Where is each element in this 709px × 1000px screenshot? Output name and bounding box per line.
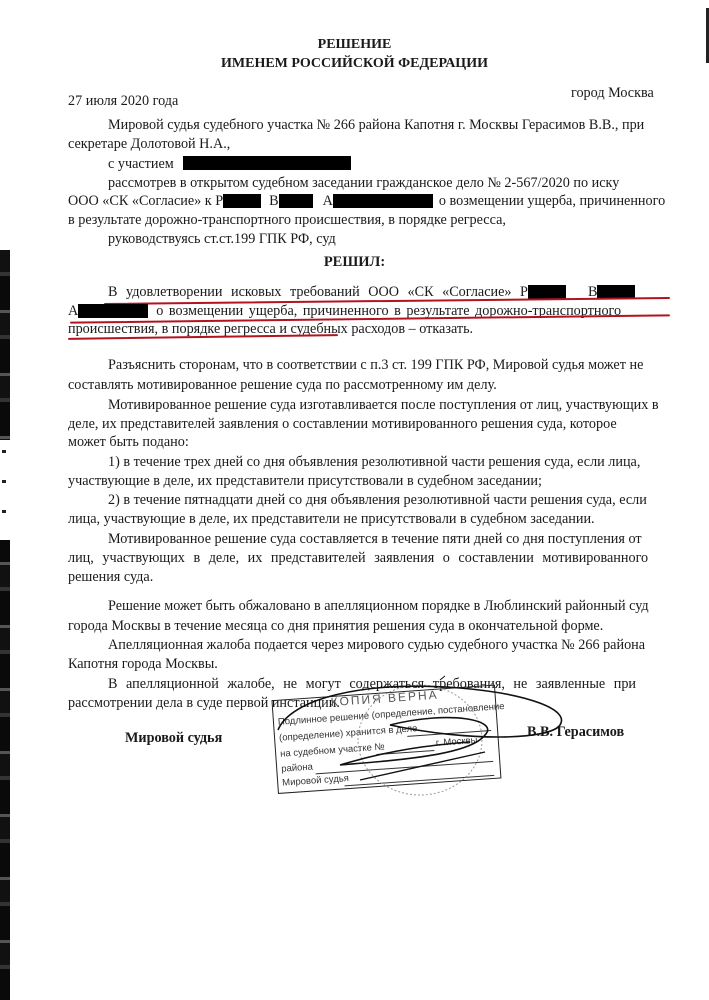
explanation-line-10: Мотивированное решение суда составляется…: [108, 530, 642, 548]
intro-line-7: руководствуясь ст.ст.199 ГПК РФ, суд: [108, 230, 336, 248]
intro-line-5: ООО «СК «Согласие» к Р В А о возмещении …: [68, 192, 698, 210]
appeal-line-2: города Москвы в течение месяца со дня пр…: [68, 617, 603, 635]
explanation-line-1: Разъяснить сторонам, что в соответствии …: [108, 356, 643, 374]
intro-line-2: секретаре Долотовой Н.А.,: [68, 135, 230, 153]
doc-city: город Москва: [571, 84, 654, 102]
plaintiff-text: ООО «СК «Согласие» к Р: [68, 192, 223, 210]
explanation-line-6: 1) в течение трех дней со дня объявления…: [108, 453, 640, 471]
appeal-line-4: Капотня города Москвы.: [68, 655, 218, 673]
explanation-line-9: лица, участвующие в деле, их представите…: [68, 510, 595, 528]
signature-name: В.В. Герасимов: [527, 723, 624, 741]
redacted-name: [183, 156, 351, 170]
participant-label: с участием: [108, 156, 174, 172]
doc-subtitle: ИМЕНЕМ РОССИЙСКОЙ ФЕДЕРАЦИИ: [0, 55, 709, 73]
initial-a-2: А: [68, 302, 78, 320]
explanation-line-11: лиц, участвующих в деле, их представител…: [68, 549, 648, 567]
stamp-line-5: Мировой судья: [282, 773, 349, 789]
intro-line-6: в результате дорожно-транспортного проис…: [68, 211, 506, 229]
explanation-line-4: деле, их представителей заявления о сост…: [68, 415, 617, 433]
explanation-line-8: 2) в течение пятнадцати дней со дня объя…: [108, 491, 647, 509]
stamp-line-3b: г. Москвы: [435, 735, 477, 749]
doc-date: 27 июля 2020 года: [68, 92, 178, 110]
explanation-line-7: участвующие в деле, их представители при…: [68, 472, 542, 490]
intro-line-4: рассмотрев в открытом судебном заседании…: [108, 174, 696, 192]
appeal-line-5: В апелляционной жалобе, не могут содержа…: [108, 675, 636, 693]
stamp-line-3: на судебном участке №: [280, 741, 385, 759]
document-page: РЕШЕНИЕ ИМЕНЕМ РОССИЙСКОЙ ФЕДЕРАЦИИ 27 и…: [0, 0, 709, 1000]
signature-role: Мировой судья: [125, 729, 222, 747]
explanation-line-12: решения суда.: [68, 568, 153, 586]
copy-stamp: КОПИЯ ВЕРНА Подлинное решение (определен…: [271, 685, 501, 794]
redacted-patronymic: [333, 194, 433, 208]
intro-line-3: с участием: [108, 155, 351, 173]
decided-heading: РЕШИЛ:: [0, 253, 709, 271]
stamp-line-4: района: [281, 762, 313, 775]
explanation-line-2: составлять мотивированное решение суда п…: [68, 376, 497, 394]
appeal-line-1: Решение может быть обжаловано в апелляци…: [108, 597, 649, 615]
redacted-surname-2: [528, 285, 566, 299]
intro-line-1: Мировой судья судебного участка № 266 ра…: [108, 116, 644, 134]
redacted-surname: [223, 194, 261, 208]
redacted-firstname: [279, 194, 313, 208]
doc-title: РЕШЕНИЕ: [0, 36, 709, 54]
appeal-line-3: Апелляционная жалоба подается через миро…: [108, 636, 645, 654]
redacted-patronymic-2: [78, 304, 148, 318]
initial-b: В: [269, 192, 278, 210]
initial-a: А: [323, 192, 333, 210]
scan-edge-artifact: [0, 250, 10, 1000]
explanation-line-5: может быть подано:: [68, 433, 189, 451]
explanation-line-3: Мотивированное решение суда изготавливае…: [108, 396, 659, 414]
stamp-line-1: Подлинное решение (определение, постанов…: [278, 701, 505, 728]
claim-text: о возмещении ущерба, причиненного: [439, 192, 665, 210]
